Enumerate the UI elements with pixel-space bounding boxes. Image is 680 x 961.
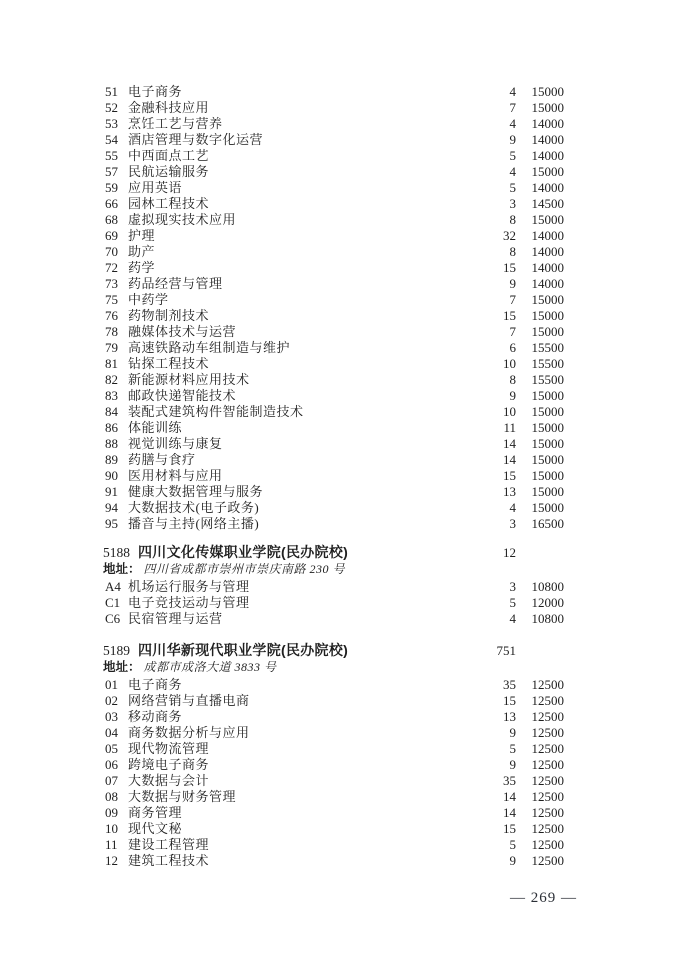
program-tuition-fee: 12500	[516, 709, 564, 725]
program-row: 11 建设工程管理 5 12500	[0, 837, 680, 853]
program-plan-count: 32	[456, 228, 516, 244]
program-code: 53	[105, 116, 128, 132]
program-code: 79	[105, 340, 128, 356]
program-tuition-fee: 12500	[516, 789, 564, 805]
program-name: 药学	[128, 260, 456, 276]
program-name: 大数据与财务管理	[128, 789, 456, 805]
program-tuition-fee: 15000	[516, 468, 564, 484]
program-code: 07	[105, 773, 128, 789]
program-tuition-fee: 12500	[516, 741, 564, 757]
school-code: 5188	[103, 544, 130, 562]
program-name: 建筑工程技术	[128, 853, 456, 869]
program-name: 民航运输服务	[128, 164, 456, 180]
program-code: C6	[105, 611, 128, 627]
program-row: 07 大数据与会计 35 12500	[0, 773, 680, 789]
program-plan-count: 5	[456, 595, 516, 611]
program-name: 高速铁路动车组制造与维护	[128, 340, 456, 356]
program-tuition-fee: 12500	[516, 853, 564, 869]
program-name: 金融科技应用	[128, 100, 456, 116]
program-name: 虚拟现实技术应用	[128, 212, 456, 228]
program-list: 01 电子商务 35 12500 02 网络营销与直播电商 15 12500 0…	[0, 677, 680, 869]
program-tuition-fee: 12500	[516, 693, 564, 709]
program-tuition-fee: 14000	[516, 148, 564, 164]
program-tuition-fee: 15500	[516, 356, 564, 372]
school-header: 5189 四川华新现代职业学院(民办院校) 751	[0, 641, 680, 659]
program-tuition-fee: 15000	[516, 84, 564, 100]
program-tuition-fee: 15000	[516, 484, 564, 500]
program-name: 电子商务	[128, 677, 456, 693]
program-plan-count: 4	[456, 164, 516, 180]
program-name: 园林工程技术	[128, 196, 456, 212]
program-code: 90	[105, 468, 128, 484]
program-row: 02 网络营销与直播电商 15 12500	[0, 693, 680, 709]
program-tuition-fee: 12000	[516, 595, 564, 611]
program-code: A4	[105, 579, 128, 595]
program-tuition-fee: 12500	[516, 821, 564, 837]
program-tuition-fee: 16500	[516, 516, 564, 532]
program-code: 75	[105, 292, 128, 308]
program-code: 84	[105, 404, 128, 420]
program-code: 76	[105, 308, 128, 324]
program-name: 新能源材料应用技术	[128, 372, 456, 388]
program-row: 76 药物制剂技术 15 15000	[0, 308, 680, 324]
program-name: 体能训练	[128, 420, 456, 436]
program-name: 中西面点工艺	[128, 148, 456, 164]
program-code: 69	[105, 228, 128, 244]
program-name: 邮政快递智能技术	[128, 388, 456, 404]
program-row: 59 应用英语 5 14000	[0, 180, 680, 196]
program-tuition-fee: 15000	[516, 436, 564, 452]
program-row: 69 护理 32 14000	[0, 228, 680, 244]
program-plan-count: 4	[456, 84, 516, 100]
program-list-continued: 51 电子商务 4 15000 52 金融科技应用 7 15000 53 烹饪工…	[0, 84, 680, 532]
program-plan-count: 5	[456, 741, 516, 757]
program-name: 药物制剂技术	[128, 308, 456, 324]
program-plan-count: 8	[456, 212, 516, 228]
program-name: 中药学	[128, 292, 456, 308]
program-tuition-fee: 15000	[516, 292, 564, 308]
program-plan-count: 35	[456, 773, 516, 789]
program-code: 55	[105, 148, 128, 164]
program-code: 51	[105, 84, 128, 100]
program-row: 57 民航运输服务 4 15000	[0, 164, 680, 180]
program-tuition-fee: 14000	[516, 132, 564, 148]
program-code: 83	[105, 388, 128, 404]
program-row: 88 视觉训练与康复 14 15000	[0, 436, 680, 452]
program-code: 95	[105, 516, 128, 532]
program-row: 03 移动商务 13 12500	[0, 709, 680, 725]
program-tuition-fee: 12500	[516, 677, 564, 693]
program-name: 药膳与食疗	[128, 452, 456, 468]
program-plan-count: 7	[456, 100, 516, 116]
program-row: 91 健康大数据管理与服务 13 15000	[0, 484, 680, 500]
program-row: A4 机场运行服务与管理 3 10800	[0, 579, 680, 595]
program-row: 54 酒店管理与数字化运营 9 14000	[0, 132, 680, 148]
program-row: 84 装配式建筑构件智能制造技术 10 15000	[0, 404, 680, 420]
program-plan-count: 10	[456, 356, 516, 372]
program-code: C1	[105, 595, 128, 611]
program-code: 59	[105, 180, 128, 196]
program-tuition-fee: 15000	[516, 500, 564, 516]
program-tuition-fee: 15000	[516, 212, 564, 228]
program-code: 57	[105, 164, 128, 180]
program-name: 医用材料与应用	[128, 468, 456, 484]
program-name: 跨境电子商务	[128, 757, 456, 773]
program-plan-count: 4	[456, 611, 516, 627]
program-name: 大数据与会计	[128, 773, 456, 789]
program-name: 装配式建筑构件智能制造技术	[128, 404, 456, 420]
program-plan-count: 5	[456, 180, 516, 196]
program-code: 73	[105, 276, 128, 292]
program-name: 大数据技术(电子政务)	[128, 500, 456, 516]
document-page: 51 电子商务 4 15000 52 金融科技应用 7 15000 53 烹饪工…	[0, 0, 680, 961]
program-name: 烹饪工艺与营养	[128, 116, 456, 132]
program-name: 药品经营与管理	[128, 276, 456, 292]
program-plan-count: 9	[456, 853, 516, 869]
program-row: 09 商务管理 14 12500	[0, 805, 680, 821]
program-plan-count: 11	[456, 420, 516, 436]
program-plan-count: 8	[456, 244, 516, 260]
program-name: 电子商务	[128, 84, 456, 100]
address-text: 四川省成都市崇州市崇庆南路 230 号	[144, 562, 346, 576]
program-plan-count: 14	[456, 789, 516, 805]
program-tuition-fee: 15000	[516, 420, 564, 436]
program-name: 建设工程管理	[128, 837, 456, 853]
program-plan-count: 6	[456, 340, 516, 356]
program-plan-count: 13	[456, 709, 516, 725]
program-row: 55 中西面点工艺 5 14000	[0, 148, 680, 164]
program-tuition-fee: 14000	[516, 276, 564, 292]
program-tuition-fee: 14000	[516, 244, 564, 260]
program-plan-count: 3	[456, 579, 516, 595]
school-section-5189: 5189 四川华新现代职业学院(民办院校) 751 地址： 成都市成洛大道 38…	[0, 641, 680, 869]
school-section-5188: 5188 四川文化传媒职业学院(民办院校) 12 地址： 四川省成都市崇州市崇庆…	[0, 543, 680, 627]
program-plan-count: 15	[456, 308, 516, 324]
address-label: 地址：	[103, 660, 141, 674]
program-tuition-fee: 12500	[516, 725, 564, 741]
program-plan-count: 14	[456, 436, 516, 452]
program-row: 78 融媒体技术与运营 7 15000	[0, 324, 680, 340]
program-row: 01 电子商务 35 12500	[0, 677, 680, 693]
program-code: 09	[105, 805, 128, 821]
program-code: 68	[105, 212, 128, 228]
program-name: 应用英语	[128, 180, 456, 196]
program-code: 88	[105, 436, 128, 452]
school-code: 5189	[103, 642, 130, 660]
school-plan-total: 12	[456, 544, 516, 562]
program-tuition-fee: 14000	[516, 260, 564, 276]
program-tuition-fee: 14500	[516, 196, 564, 212]
program-tuition-fee: 15000	[516, 324, 564, 340]
program-name: 视觉训练与康复	[128, 436, 456, 452]
program-row: 81 钻探工程技术 10 15500	[0, 356, 680, 372]
program-code: 06	[105, 757, 128, 773]
program-plan-count: 14	[456, 452, 516, 468]
program-code: 81	[105, 356, 128, 372]
program-plan-count: 8	[456, 372, 516, 388]
school-name: 四川文化传媒职业学院(民办院校)	[138, 543, 456, 561]
program-tuition-fee: 14000	[516, 116, 564, 132]
program-plan-count: 7	[456, 292, 516, 308]
program-code: 03	[105, 709, 128, 725]
program-plan-count: 9	[456, 388, 516, 404]
program-code: 12	[105, 853, 128, 869]
program-code: 04	[105, 725, 128, 741]
program-row: 08 大数据与财务管理 14 12500	[0, 789, 680, 805]
program-name: 机场运行服务与管理	[128, 579, 456, 595]
program-plan-count: 14	[456, 805, 516, 821]
program-code: 02	[105, 693, 128, 709]
program-code: 72	[105, 260, 128, 276]
program-plan-count: 5	[456, 148, 516, 164]
program-list: A4 机场运行服务与管理 3 10800 C1 电子竞技运动与管理 5 1200…	[0, 579, 680, 627]
program-name: 民宿管理与运营	[128, 611, 456, 627]
program-row: 72 药学 15 14000	[0, 260, 680, 276]
program-tuition-fee: 12500	[516, 805, 564, 821]
program-name: 健康大数据管理与服务	[128, 484, 456, 500]
program-row: 82 新能源材料应用技术 8 15500	[0, 372, 680, 388]
program-name: 酒店管理与数字化运营	[128, 132, 456, 148]
program-tuition-fee: 15500	[516, 372, 564, 388]
program-name: 钻探工程技术	[128, 356, 456, 372]
program-code: 91	[105, 484, 128, 500]
program-tuition-fee: 14000	[516, 228, 564, 244]
program-name: 移动商务	[128, 709, 456, 725]
program-tuition-fee: 12500	[516, 757, 564, 773]
program-row: 90 医用材料与应用 15 15000	[0, 468, 680, 484]
program-row: 94 大数据技术(电子政务) 4 15000	[0, 500, 680, 516]
program-code: 52	[105, 100, 128, 116]
program-plan-count: 9	[456, 132, 516, 148]
school-header: 5188 四川文化传媒职业学院(民办院校) 12	[0, 543, 680, 561]
program-row: 52 金融科技应用 7 15000	[0, 100, 680, 116]
program-name: 融媒体技术与运营	[128, 324, 456, 340]
program-row: 06 跨境电子商务 9 12500	[0, 757, 680, 773]
program-row: 12 建筑工程技术 9 12500	[0, 853, 680, 869]
program-row: 83 邮政快递智能技术 9 15000	[0, 388, 680, 404]
program-row: 10 现代文秘 15 12500	[0, 821, 680, 837]
program-tuition-fee: 10800	[516, 611, 564, 627]
program-tuition-fee: 15000	[516, 452, 564, 468]
program-name: 商务管理	[128, 805, 456, 821]
program-plan-count: 35	[456, 677, 516, 693]
program-tuition-fee: 15000	[516, 388, 564, 404]
program-name: 现代文秘	[128, 821, 456, 837]
program-row: C6 民宿管理与运营 4 10800	[0, 611, 680, 627]
program-row: 05 现代物流管理 5 12500	[0, 741, 680, 757]
program-plan-count: 9	[456, 757, 516, 773]
program-plan-count: 3	[456, 516, 516, 532]
program-plan-count: 4	[456, 116, 516, 132]
program-row: 79 高速铁路动车组制造与维护 6 15500	[0, 340, 680, 356]
program-name: 播音与主持(网络主播)	[128, 516, 456, 532]
program-code: 54	[105, 132, 128, 148]
program-plan-count: 7	[456, 324, 516, 340]
program-tuition-fee: 15000	[516, 100, 564, 116]
program-code: 10	[105, 821, 128, 837]
address-label: 地址：	[103, 562, 141, 576]
program-tuition-fee: 15000	[516, 404, 564, 420]
program-name: 网络营销与直播电商	[128, 693, 456, 709]
program-code: 82	[105, 372, 128, 388]
program-code: 89	[105, 452, 128, 468]
program-row: 70 助产 8 14000	[0, 244, 680, 260]
address-text: 成都市成洛大道 3833 号	[144, 660, 277, 674]
program-row: 53 烹饪工艺与营养 4 14000	[0, 116, 680, 132]
school-address-line: 地址： 四川省成都市崇州市崇庆南路 230 号	[0, 561, 680, 578]
program-plan-count: 9	[456, 276, 516, 292]
program-plan-count: 10	[456, 404, 516, 420]
program-row: 66 园林工程技术 3 14500	[0, 196, 680, 212]
program-plan-count: 15	[456, 821, 516, 837]
program-code: 66	[105, 196, 128, 212]
program-code: 11	[105, 837, 128, 853]
program-code: 70	[105, 244, 128, 260]
program-tuition-fee: 15000	[516, 308, 564, 324]
program-row: 04 商务数据分析与应用 9 12500	[0, 725, 680, 741]
program-plan-count: 9	[456, 725, 516, 741]
page-number: — 269 —	[0, 890, 680, 907]
program-code: 78	[105, 324, 128, 340]
program-row: 75 中药学 7 15000	[0, 292, 680, 308]
program-name: 护理	[128, 228, 456, 244]
program-code: 08	[105, 789, 128, 805]
program-row: 95 播音与主持(网络主播) 3 16500	[0, 516, 680, 532]
school-plan-total: 751	[456, 642, 516, 660]
program-name: 助产	[128, 244, 456, 260]
program-plan-count: 5	[456, 837, 516, 853]
program-code: 86	[105, 420, 128, 436]
program-code: 94	[105, 500, 128, 516]
program-plan-count: 15	[456, 468, 516, 484]
program-name: 现代物流管理	[128, 741, 456, 757]
program-row: 86 体能训练 11 15000	[0, 420, 680, 436]
program-plan-count: 15	[456, 693, 516, 709]
program-code: 05	[105, 741, 128, 757]
program-row: 73 药品经营与管理 9 14000	[0, 276, 680, 292]
program-code: 01	[105, 677, 128, 693]
program-tuition-fee: 12500	[516, 773, 564, 789]
program-tuition-fee: 10800	[516, 579, 564, 595]
program-plan-count: 4	[456, 500, 516, 516]
program-row: 89 药膳与食疗 14 15000	[0, 452, 680, 468]
program-row: 51 电子商务 4 15000	[0, 84, 680, 100]
school-name: 四川华新现代职业学院(民办院校)	[138, 641, 456, 659]
program-tuition-fee: 12500	[516, 837, 564, 853]
program-row: C1 电子竞技运动与管理 5 12000	[0, 595, 680, 611]
program-plan-count: 3	[456, 196, 516, 212]
program-plan-count: 15	[456, 260, 516, 276]
program-tuition-fee: 15500	[516, 340, 564, 356]
program-tuition-fee: 15000	[516, 164, 564, 180]
program-tuition-fee: 14000	[516, 180, 564, 196]
program-name: 电子竞技运动与管理	[128, 595, 456, 611]
program-plan-count: 13	[456, 484, 516, 500]
program-name: 商务数据分析与应用	[128, 725, 456, 741]
program-row: 68 虚拟现实技术应用 8 15000	[0, 212, 680, 228]
school-address-line: 地址： 成都市成洛大道 3833 号	[0, 659, 680, 676]
